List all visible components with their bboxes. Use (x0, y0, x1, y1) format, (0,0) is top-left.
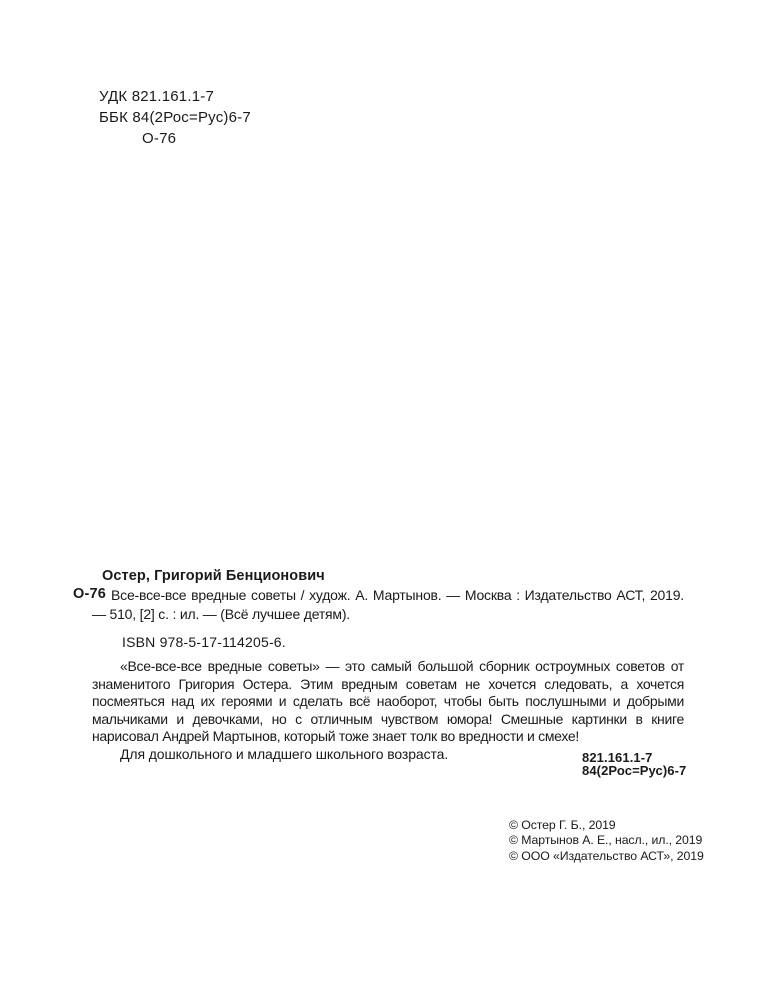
copyright-line-illustrator: © Мартынов А. Е., насл., ил., 2019 (509, 833, 704, 848)
udk-line: УДК 821.161.1-7 (99, 86, 251, 107)
bbk-number: 84(2Рос=Рус)6-7 (582, 764, 686, 777)
copyright-line-author: © Остер Г. Б., 2019 (509, 818, 704, 833)
margin-author-sign: О-76 (73, 586, 106, 602)
record-author: Остер, Григорий Бенционович (102, 567, 684, 586)
annotation-paragraph: «Все-все-все вредные советы» — это самый… (92, 658, 684, 746)
bbk-line: ББК 84(2Рос=Рус)6-7 (99, 107, 251, 128)
record-description: Все-все-все вредные советы / худож. А. М… (92, 586, 684, 624)
classification-codes-right: 821.161.1-7 84(2Рос=Рус)6-7 (582, 751, 686, 777)
book-imprint-page: УДК 821.161.1-7 ББК 84(2Рос=Рус)6-7 О-76… (0, 0, 759, 1000)
bibliographic-record: О-76 Остер, Григорий Бенционович Все-все… (92, 567, 684, 763)
author-sign-line: О-76 (142, 128, 251, 149)
copyright-line-publisher: © ООО «Издательство АСТ», 2019 (509, 849, 704, 864)
isbn-line: ISBN 978-5-17-114205-6. (122, 634, 684, 651)
copyright-block: © Остер Г. Б., 2019 © Мартынов А. Е., на… (509, 818, 704, 864)
classification-block: УДК 821.161.1-7 ББК 84(2Рос=Рус)6-7 О-76 (99, 86, 251, 149)
